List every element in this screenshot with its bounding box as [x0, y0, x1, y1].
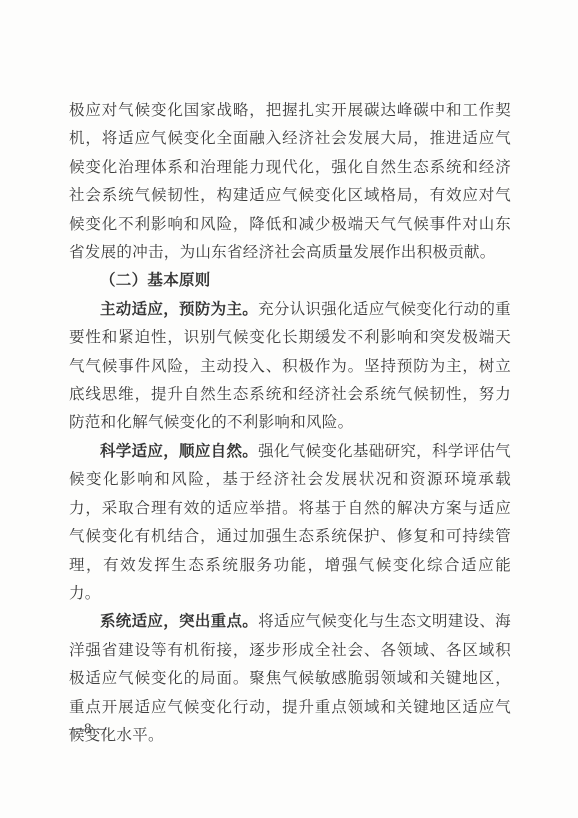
principle-1-lead: 主动适应，预防为主。: [100, 301, 258, 318]
principle-3-body: 将适应气候变化与生态文明建设、海洋强省建设等有机衔接，逐步形成全社会、各领域、各…: [69, 613, 511, 744]
principle-1-body: 充分认识强化适应气候变化行动的重要性和紧迫性，识别气候变化长期缓发不利影响和突发…: [69, 301, 511, 432]
paragraph-principle-3: 系统适应，突出重点。将适应气候变化与生态文明建设、海洋强省建设等有机衔接，逐步形…: [69, 608, 511, 750]
principle-3-lead: 系统适应，突出重点。: [100, 613, 258, 630]
page-content: 极应对气候变化国家战略，把握扎实开展碳达峰碳中和工作契机，将适应气候变化全面融入…: [69, 97, 511, 750]
principle-2-body: 强化气候变化基础研究，科学评估气候变化影响和风险，基于经济社会发展状况和资源环境…: [69, 443, 511, 602]
paragraph-principle-2: 科学适应，顺应自然。强化气候变化基础研究，科学评估气候变化影响和风险，基于经济社…: [69, 438, 511, 608]
document-page: 极应对气候变化国家战略，把握扎实开展碳达峰碳中和工作契机，将适应气候变化全面融入…: [0, 0, 578, 818]
paragraph-continuation: 极应对气候变化国家战略，把握扎实开展碳达峰碳中和工作契机，将适应气候变化全面融入…: [69, 97, 511, 267]
section-heading: （二）基本原则: [69, 267, 511, 295]
principle-2-lead: 科学适应，顺应自然。: [100, 443, 258, 460]
paragraph-principle-1: 主动适应，预防为主。充分认识强化适应气候变化行动的重要性和紧迫性，识别气候变化长…: [69, 296, 511, 438]
page-number: —8—: [69, 721, 107, 738]
